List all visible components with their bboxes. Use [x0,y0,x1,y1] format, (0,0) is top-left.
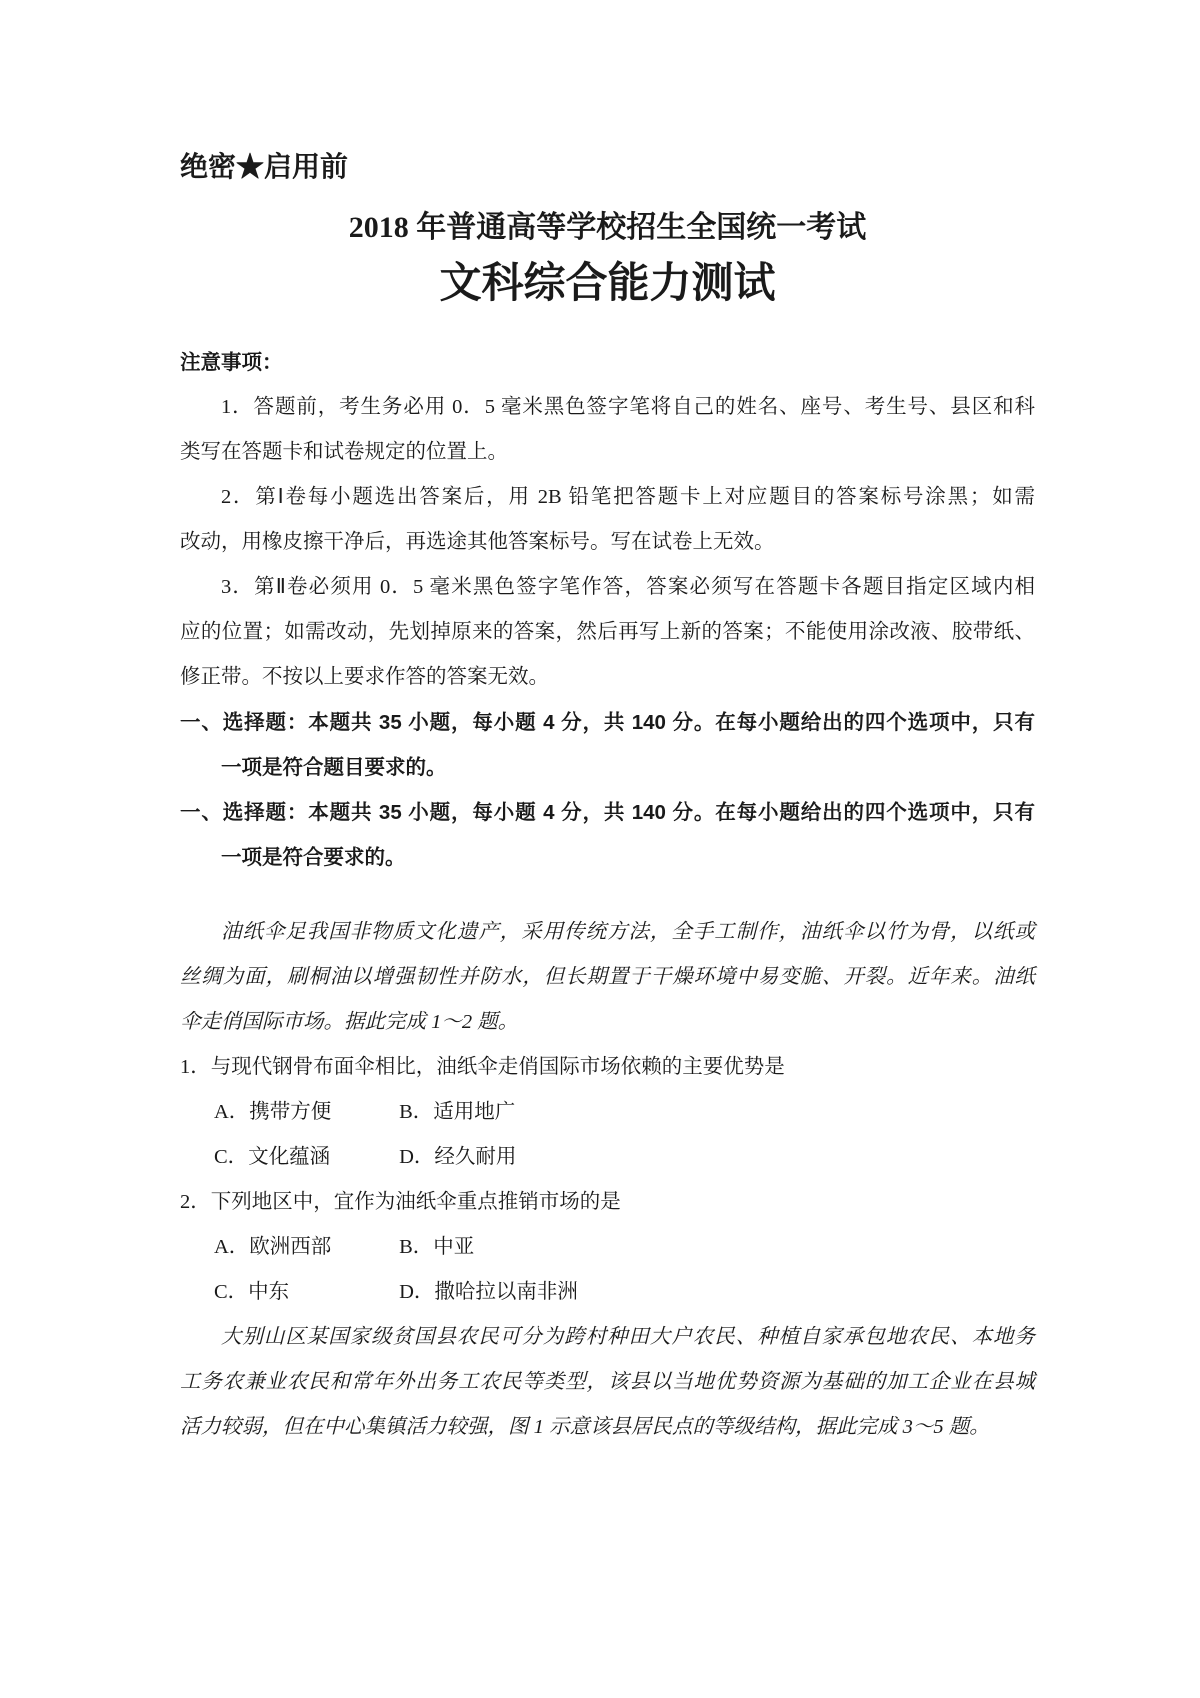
notice-line-7: 修正带。不按以上要求作答的答案无效。 [180,655,1035,700]
question-2-options-row-1: A．欧洲西部 B．中亚 [180,1225,1035,1270]
passage-1-line-2: 丝绸为面，刷桐油以增强韧性并防水，但长期置于干燥环境中易变脆、开裂。近年来。油纸 [180,955,1035,1000]
question-2-option-d: D．撒哈拉以南非洲 [399,1270,579,1315]
passage-1-line-3: 伞走俏国际市场。据此完成 1～2 题。 [180,1000,1035,1045]
question-1-options-row-2: C．文化蕴涵 D．经久耐用 [180,1135,1035,1180]
question-1-options-row-1: A．携带方便 B．适用地广 [180,1090,1035,1135]
notice-line-1: 1．答题前，考生务必用 0．5 毫米黑色签字笔将自己的姓名、座号、考生号、县区和… [180,385,1035,430]
section-2-heading-line-1: 一、选择题：本题共 35 小题，每小题 4 分，共 140 分。在每小题给出的四… [180,790,1035,835]
question-2-option-a: A．欧洲西部 [214,1225,394,1270]
question-1-option-d: D．经久耐用 [399,1135,579,1180]
section-1-heading-line-1: 一、选择题：本题共 35 小题，每小题 4 分，共 140 分。在每小题给出的四… [180,700,1035,745]
exam-page: 绝密★启用前 2018 年普通高等学校招生全国统一考试 文科综合能力测试 注意事… [0,0,1200,1698]
secret-label: 绝密★启用前 [180,148,1035,186]
passage-1-line-1: 油纸伞足我国非物质文化遗产，采用传统方法，全手工制作，油纸伞以竹为骨，以纸或 [180,910,1035,955]
notice-line-3: 2．第Ⅰ卷每小题选出答案后，用 2B 铅笔把答题卡上对应题目的答案标号涂黑；如需 [180,475,1035,520]
question-2-option-b: B．中亚 [399,1225,579,1270]
question-2-option-c: C．中东 [214,1270,394,1315]
question-1-stem: 1．与现代钢骨布面伞相比，油纸伞走俏国际市场依赖的主要优势是 [180,1045,1035,1090]
notice-heading: 注意事项： [180,340,1035,385]
question-2-options-row-2: C．中东 D．撒哈拉以南非洲 [180,1270,1035,1315]
question-1-option-a: A．携带方便 [214,1090,394,1135]
section-2-heading-line-2: 一项是符合要求的。 [180,835,1035,880]
question-2-stem: 2．下列地区中，宜作为油纸伞重点推销市场的是 [180,1180,1035,1225]
passage-2-line-2: 工务农兼业农民和常年外出务工农民等类型，该县以当地优势资源为基础的加工企业在县城 [180,1360,1035,1405]
notice-line-5: 3．第Ⅱ卷必须用 0．5 毫米黑色签字笔作答，答案必须写在答题卡各题目指定区域内… [180,565,1035,610]
passage-2-line-3: 活力较弱，但在中心集镇活力较强，图 1 示意该县居民点的等级结构，据此完成 3～… [180,1405,1035,1450]
exam-title: 2018 年普通高等学校招生全国统一考试 [180,208,1035,248]
section-1-heading-line-2: 一项是符合题目要求的。 [180,745,1035,790]
vertical-spacer [180,880,1035,910]
question-1-option-b: B．适用地广 [399,1090,579,1135]
notice-line-6: 应的位置；如需改动，先划掉原来的答案，然后再写上新的答案；不能使用涂改液、胶带纸… [180,610,1035,655]
question-1-option-c: C．文化蕴涵 [214,1135,394,1180]
passage-2-line-1: 大别山区某国家级贫国县农民可分为跨村种田大户农民、种植自家承包地农民、本地务 [180,1315,1035,1360]
subject-title: 文科综合能力测试 [180,254,1035,312]
notice-line-4: 改动，用橡皮擦干净后，再选途其他答案标号。写在试卷上无效。 [180,520,1035,565]
notice-line-2: 类写在答题卡和试卷规定的位置上。 [180,430,1035,475]
